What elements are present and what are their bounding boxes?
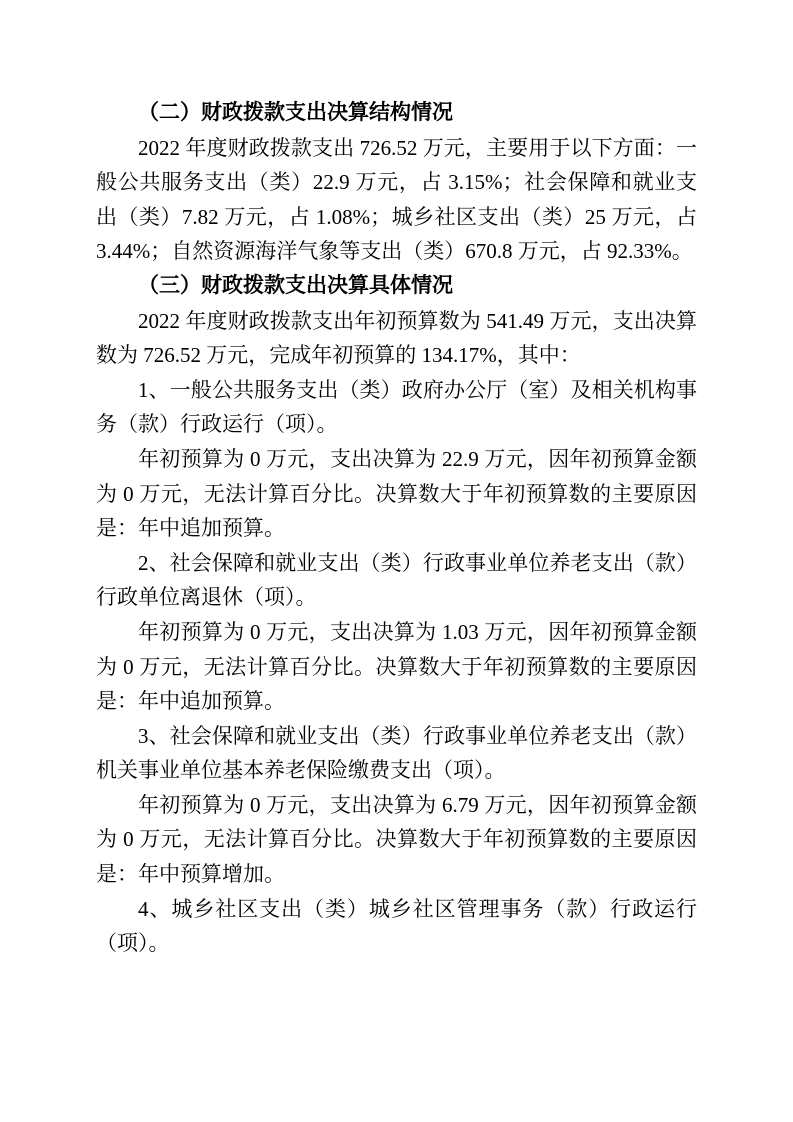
paragraph-item-1-title: 1、一般公共服务支出（类）政府办公厅（室）及相关机构事务（款）行政运行（项）。 [96, 373, 697, 442]
paragraph-item-2-detail: 年初预算为 0 万元，支出决算为 1.03 万元，因年初预算金额为 0 万元，无… [96, 615, 697, 719]
heading-section-3-expenditure-detail: （三）财政拨款支出决算具体情况 [96, 269, 697, 304]
paragraph-item-4-title: 4、城乡社区支出（类）城乡社区管理事务（款）行政运行（项）。 [96, 892, 697, 961]
paragraph-item-2-title: 2、社会保障和就业支出（类）行政事业单位养老支出（款）行政单位离退休（项）。 [96, 546, 697, 615]
paragraph-expenditure-detail-intro: 2022 年度财政拨款支出年初预算数为 541.49 万元，支出决算数为 726… [96, 304, 697, 373]
paragraph-item-3-detail: 年初预算为 0 万元，支出决算为 6.79 万元，因年初预算金额为 0 万元，无… [96, 788, 697, 892]
paragraph-item-1-detail: 年初预算为 0 万元，支出决算为 22.9 万元，因年初预算金额为 0 万元，无… [96, 442, 697, 546]
heading-section-2-expenditure-structure: （二）财政拨款支出决算结构情况 [96, 96, 697, 131]
document-content: （二）财政拨款支出决算结构情况 2022 年度财政拨款支出 726.52 万元，… [96, 96, 697, 961]
paragraph-item-3-title: 3、社会保障和就业支出（类）行政事业单位养老支出（款）机关事业单位基本养老保险缴… [96, 719, 697, 788]
document-page: （二）财政拨款支出决算结构情况 2022 年度财政拨款支出 726.52 万元，… [0, 0, 793, 1122]
paragraph-expenditure-structure-overview: 2022 年度财政拨款支出 726.52 万元，主要用于以下方面：一般公共服务支… [96, 131, 697, 269]
